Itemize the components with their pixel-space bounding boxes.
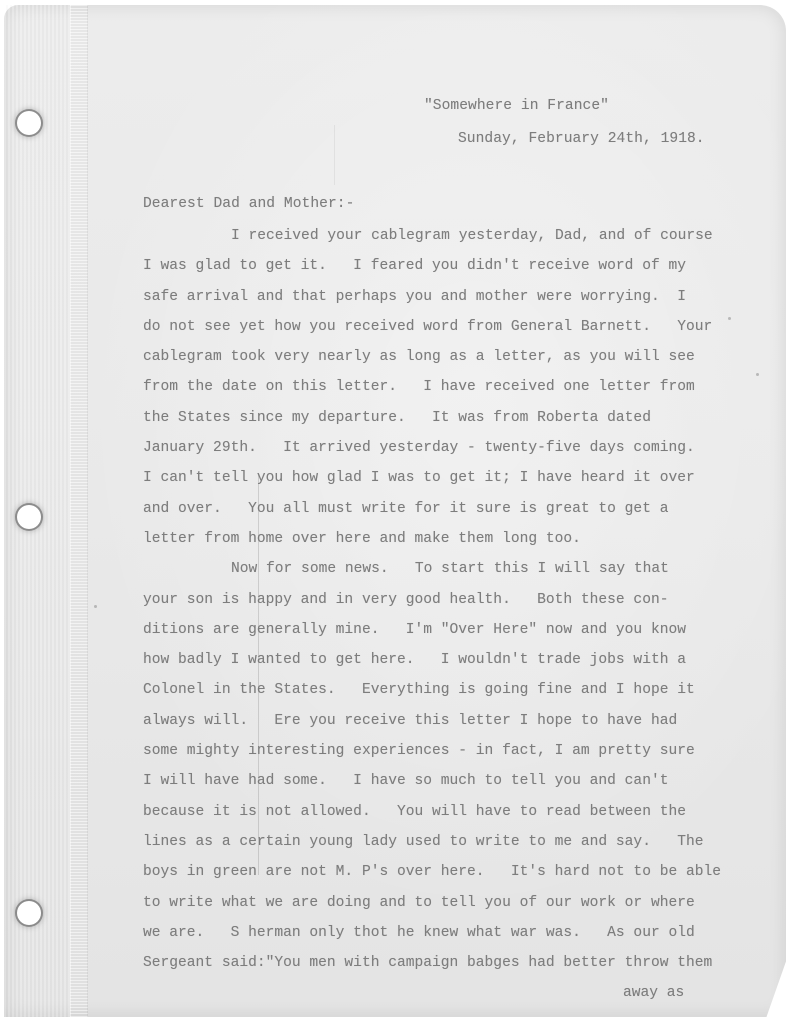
letter-line: always will. Ere you receive this letter… bbox=[143, 711, 773, 741]
letter-line: how badly I wanted to get here. I wouldn… bbox=[143, 650, 773, 680]
letter-line: ditions are generally mine. I'm "Over He… bbox=[143, 620, 773, 650]
letter-line: Colonel in the States. Everything is goi… bbox=[143, 680, 773, 710]
letter-line: January 29th. It arrived yesterday - twe… bbox=[143, 438, 773, 468]
letter-line: I can't tell you how glad I was to get i… bbox=[143, 468, 773, 498]
letter-line: do not see yet how you received word fro… bbox=[143, 317, 773, 347]
letter-date: Sunday, February 24th, 1918. bbox=[458, 131, 705, 147]
paper-speck bbox=[94, 605, 97, 608]
paper-crease bbox=[334, 125, 335, 185]
letter-body: I received your cablegram yesterday, Dad… bbox=[143, 226, 773, 1014]
letter-line: lines as a certain young lady used to wr… bbox=[143, 832, 773, 862]
letter-line: cablegram took very nearly as long as a … bbox=[143, 347, 773, 377]
letter-place-heading: "Somewhere in France" bbox=[424, 98, 609, 114]
letter-line: Now for some news. To start this I will … bbox=[143, 559, 773, 589]
letter-line: I was glad to get it. I feared you didn'… bbox=[143, 256, 773, 286]
letter-line: the States since my departure. It was fr… bbox=[143, 408, 773, 438]
letter-line: safe arrival and that perhaps you and mo… bbox=[143, 287, 773, 317]
letter-line: from the date on this letter. I have rec… bbox=[143, 377, 773, 407]
letter-line: away as bbox=[143, 983, 773, 1013]
letter-salutation: Dearest Dad and Mother:- bbox=[143, 196, 354, 212]
letter-line: your son is happy and in very good healt… bbox=[143, 590, 773, 620]
letter-line: some mighty interesting experiences - in… bbox=[143, 741, 773, 771]
letter-line: and over. You all must write for it sure… bbox=[143, 499, 773, 529]
letter-line: letter from home over here and make them… bbox=[143, 529, 773, 559]
letter-line: because it is not allowed. You will have… bbox=[143, 802, 773, 832]
letter-line: we are. S herman only thot he knew what … bbox=[143, 923, 773, 953]
binder-hole-middle bbox=[17, 505, 41, 529]
letter-line: Sergeant said:"You men with campaign bab… bbox=[143, 953, 773, 983]
binder-hole-top bbox=[17, 111, 41, 135]
binder-hole-bottom bbox=[17, 901, 41, 925]
letter-line: I will have had some. I have so much to … bbox=[143, 771, 773, 801]
letter-line: to write what we are doing and to tell y… bbox=[143, 893, 773, 923]
letter-line: I received your cablegram yesterday, Dad… bbox=[143, 226, 773, 256]
binding-strip bbox=[70, 5, 88, 1017]
letter-line: boys in green are not M. P's over here. … bbox=[143, 862, 773, 892]
